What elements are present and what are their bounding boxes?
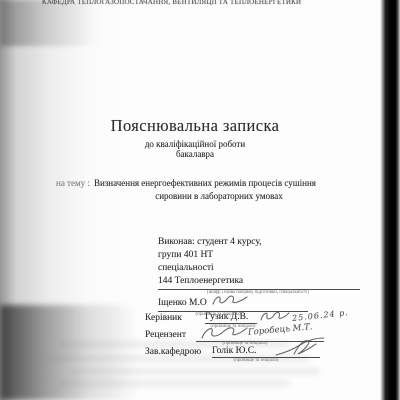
executor-line-2: групи 401 НТ: [158, 249, 362, 262]
scanned-title-page: КАФЕДРА ТЕПЛОГАЗОПОСТАЧАННЯ, ВЕНТИЛЯЦІЇ …: [0, 0, 400, 400]
specialty-field: 144 Теплоенергетика: [158, 275, 360, 290]
head-role-label: Зав.кафедрою: [145, 347, 201, 357]
supervisor-role-label: Керівник: [145, 313, 182, 323]
document-title: Пояснювальна записка: [70, 116, 320, 136]
ghost-text-streak: [70, 369, 320, 374]
student-name: Іщенко М.О: [158, 298, 207, 308]
scan-edge-right: [380, 0, 400, 400]
title-block: Пояснювальна записка до кваліфікаційної …: [70, 116, 320, 159]
executor-line-1: Виконав: студент 4 курсу,: [158, 236, 362, 249]
topic-label: на тему :: [56, 178, 90, 188]
reviewer-signature-ink: [198, 324, 250, 342]
head-signature-ink: [272, 336, 328, 358]
supervisor-name: Гузик Д.В.: [205, 312, 257, 324]
topic-text-line2: сировини в лабораторних умовах: [56, 190, 362, 203]
supervisor-signature-ink: [258, 308, 292, 324]
reviewer-role-label: Рецензент: [145, 330, 186, 340]
executor-block: Виконав: студент 4 курсу, групи 401 НТ с…: [158, 236, 362, 318]
executor-line-3: спеціальності: [158, 262, 362, 275]
student-signature-ink: [210, 293, 250, 308]
scan-shadow-top-left: [0, 0, 110, 46]
department-header: КАФЕДРА ТЕПЛОГАЗОПОСТАЧАННЯ, ВЕНТИЛЯЦІЇ …: [42, 0, 362, 6]
specialty-caption: (шифр і назва напряму підготовки, спеціа…: [158, 290, 358, 296]
topic-text-line1: Визначення енергоефективних режимів проц…: [94, 178, 316, 188]
document-subtitle: до кваліфікаційної роботи: [70, 139, 320, 149]
ghost-text-streak: [60, 381, 290, 386]
degree-label: бакалавра: [70, 149, 320, 159]
scan-shadow-bottom-left: [0, 305, 150, 400]
head-caption: (прізвище та ініціали): [216, 358, 296, 364]
topic-block: на тему :Визначення енергоефективних реж…: [56, 177, 362, 203]
